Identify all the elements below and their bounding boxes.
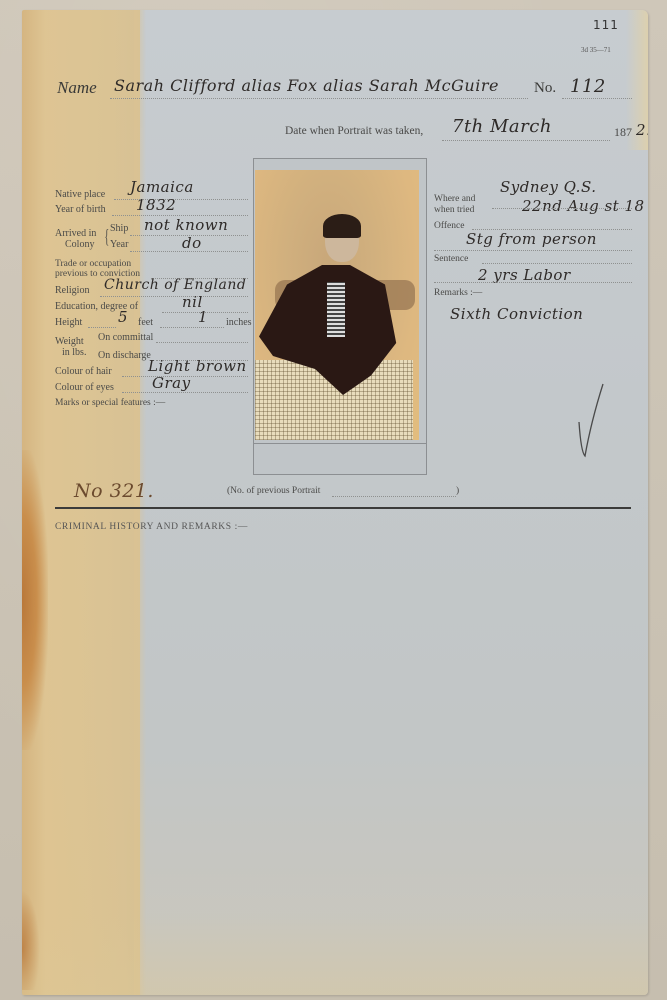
height-label: Height [55,317,82,328]
criminal-history-label: CRIMINAL HISTORY AND REMARKS :— [55,522,248,532]
previous-portrait-close: ) [456,486,459,496]
native-place-value: Jamaica [130,178,194,196]
on-committal-label: On committal [98,332,153,343]
year-prefix: 187 [614,125,632,140]
feet-line [88,327,116,328]
remarks-value: Sixth Conviction [450,305,583,323]
ship-value: not known [144,216,228,234]
sentence-line-1 [482,263,632,264]
marks-label: Marks or special features :— [55,398,165,408]
religion-line [100,296,248,297]
number-underline [562,98,632,99]
year-arrived-label: Year [110,239,128,250]
eyes-line [122,392,248,393]
weight-label: Weight [55,336,84,347]
where-tried-line [492,208,632,209]
bodice-shape [327,282,345,337]
date-underline [442,140,610,141]
date-value: 7th March [452,116,552,137]
feet-label: feet [138,317,153,328]
name-label: Name [57,78,97,98]
year-arrived-value: do [182,234,202,252]
hair-shape [323,214,361,238]
arrived-brace: { [104,226,109,249]
name-value: Sarah Clifford alias Fox alias Sarah McG… [114,76,499,95]
where-tried-value: Sydney Q.S. [500,178,596,196]
eyes-value: Gray [152,374,191,392]
eyes-label: Colour of eyes [55,382,114,393]
arrived-label: Arrived in [55,228,96,239]
previous-portrait-line [332,496,456,497]
record-sheet: 111 3d 35—71 Name Sarah Clifford alias F… [22,10,648,995]
religion-label: Religion [55,285,89,296]
inches-label: inches [226,317,252,328]
height-feet-value: 5 [118,308,128,326]
where-tried-label: Where and [434,194,475,204]
when-tried-label: when tried [434,205,474,215]
sentence-line-2 [434,282,632,283]
number-label: No. [534,80,556,97]
previous-portrait-label: (No. of previous Portrait [227,486,320,496]
hair-value: Light brown [148,357,247,375]
weight-unit-label: in lbs. [62,347,86,358]
on-discharge-label: On discharge [98,350,151,361]
ship-label: Ship [110,223,128,234]
number-value: 112 [570,76,606,97]
inches-line [160,327,224,328]
name-underline [110,98,528,99]
native-place-line [114,199,248,200]
checkmark-icon [577,382,607,460]
portrait-photograph [255,170,419,440]
offence-line-2 [434,250,632,251]
bottom-stain [22,915,648,995]
offence-value: Stg from person [466,230,597,248]
hair-label: Colour of hair [55,366,112,377]
when-tried-value: 22nd Aug st 18 [522,197,645,215]
section-divider [55,507,631,509]
previous-number-handwritten: No 321. [74,480,154,502]
year-of-birth-label: Year of birth [55,204,106,215]
form-code: 3d 35—71 [581,46,611,54]
sentence-label: Sentence [434,254,468,264]
year-of-birth-value: 1832 [136,196,176,214]
trade-label-1: Trade or occupation [55,259,131,269]
colony-label: Colony [65,239,94,250]
religion-value: Church of England [104,277,246,293]
on-committal-line [156,342,248,343]
date-label: Date when Portrait was taken, [285,125,423,137]
height-inches-value: 1 [198,308,208,326]
remarks-label: Remarks :— [434,288,482,298]
year-suffix: 2. [636,121,648,139]
year-arrived-line [130,251,248,252]
edge-damage [22,450,48,750]
native-place-label: Native place [55,189,105,200]
offence-label: Offence [434,221,464,231]
page-number-mark: 111 [593,18,619,32]
